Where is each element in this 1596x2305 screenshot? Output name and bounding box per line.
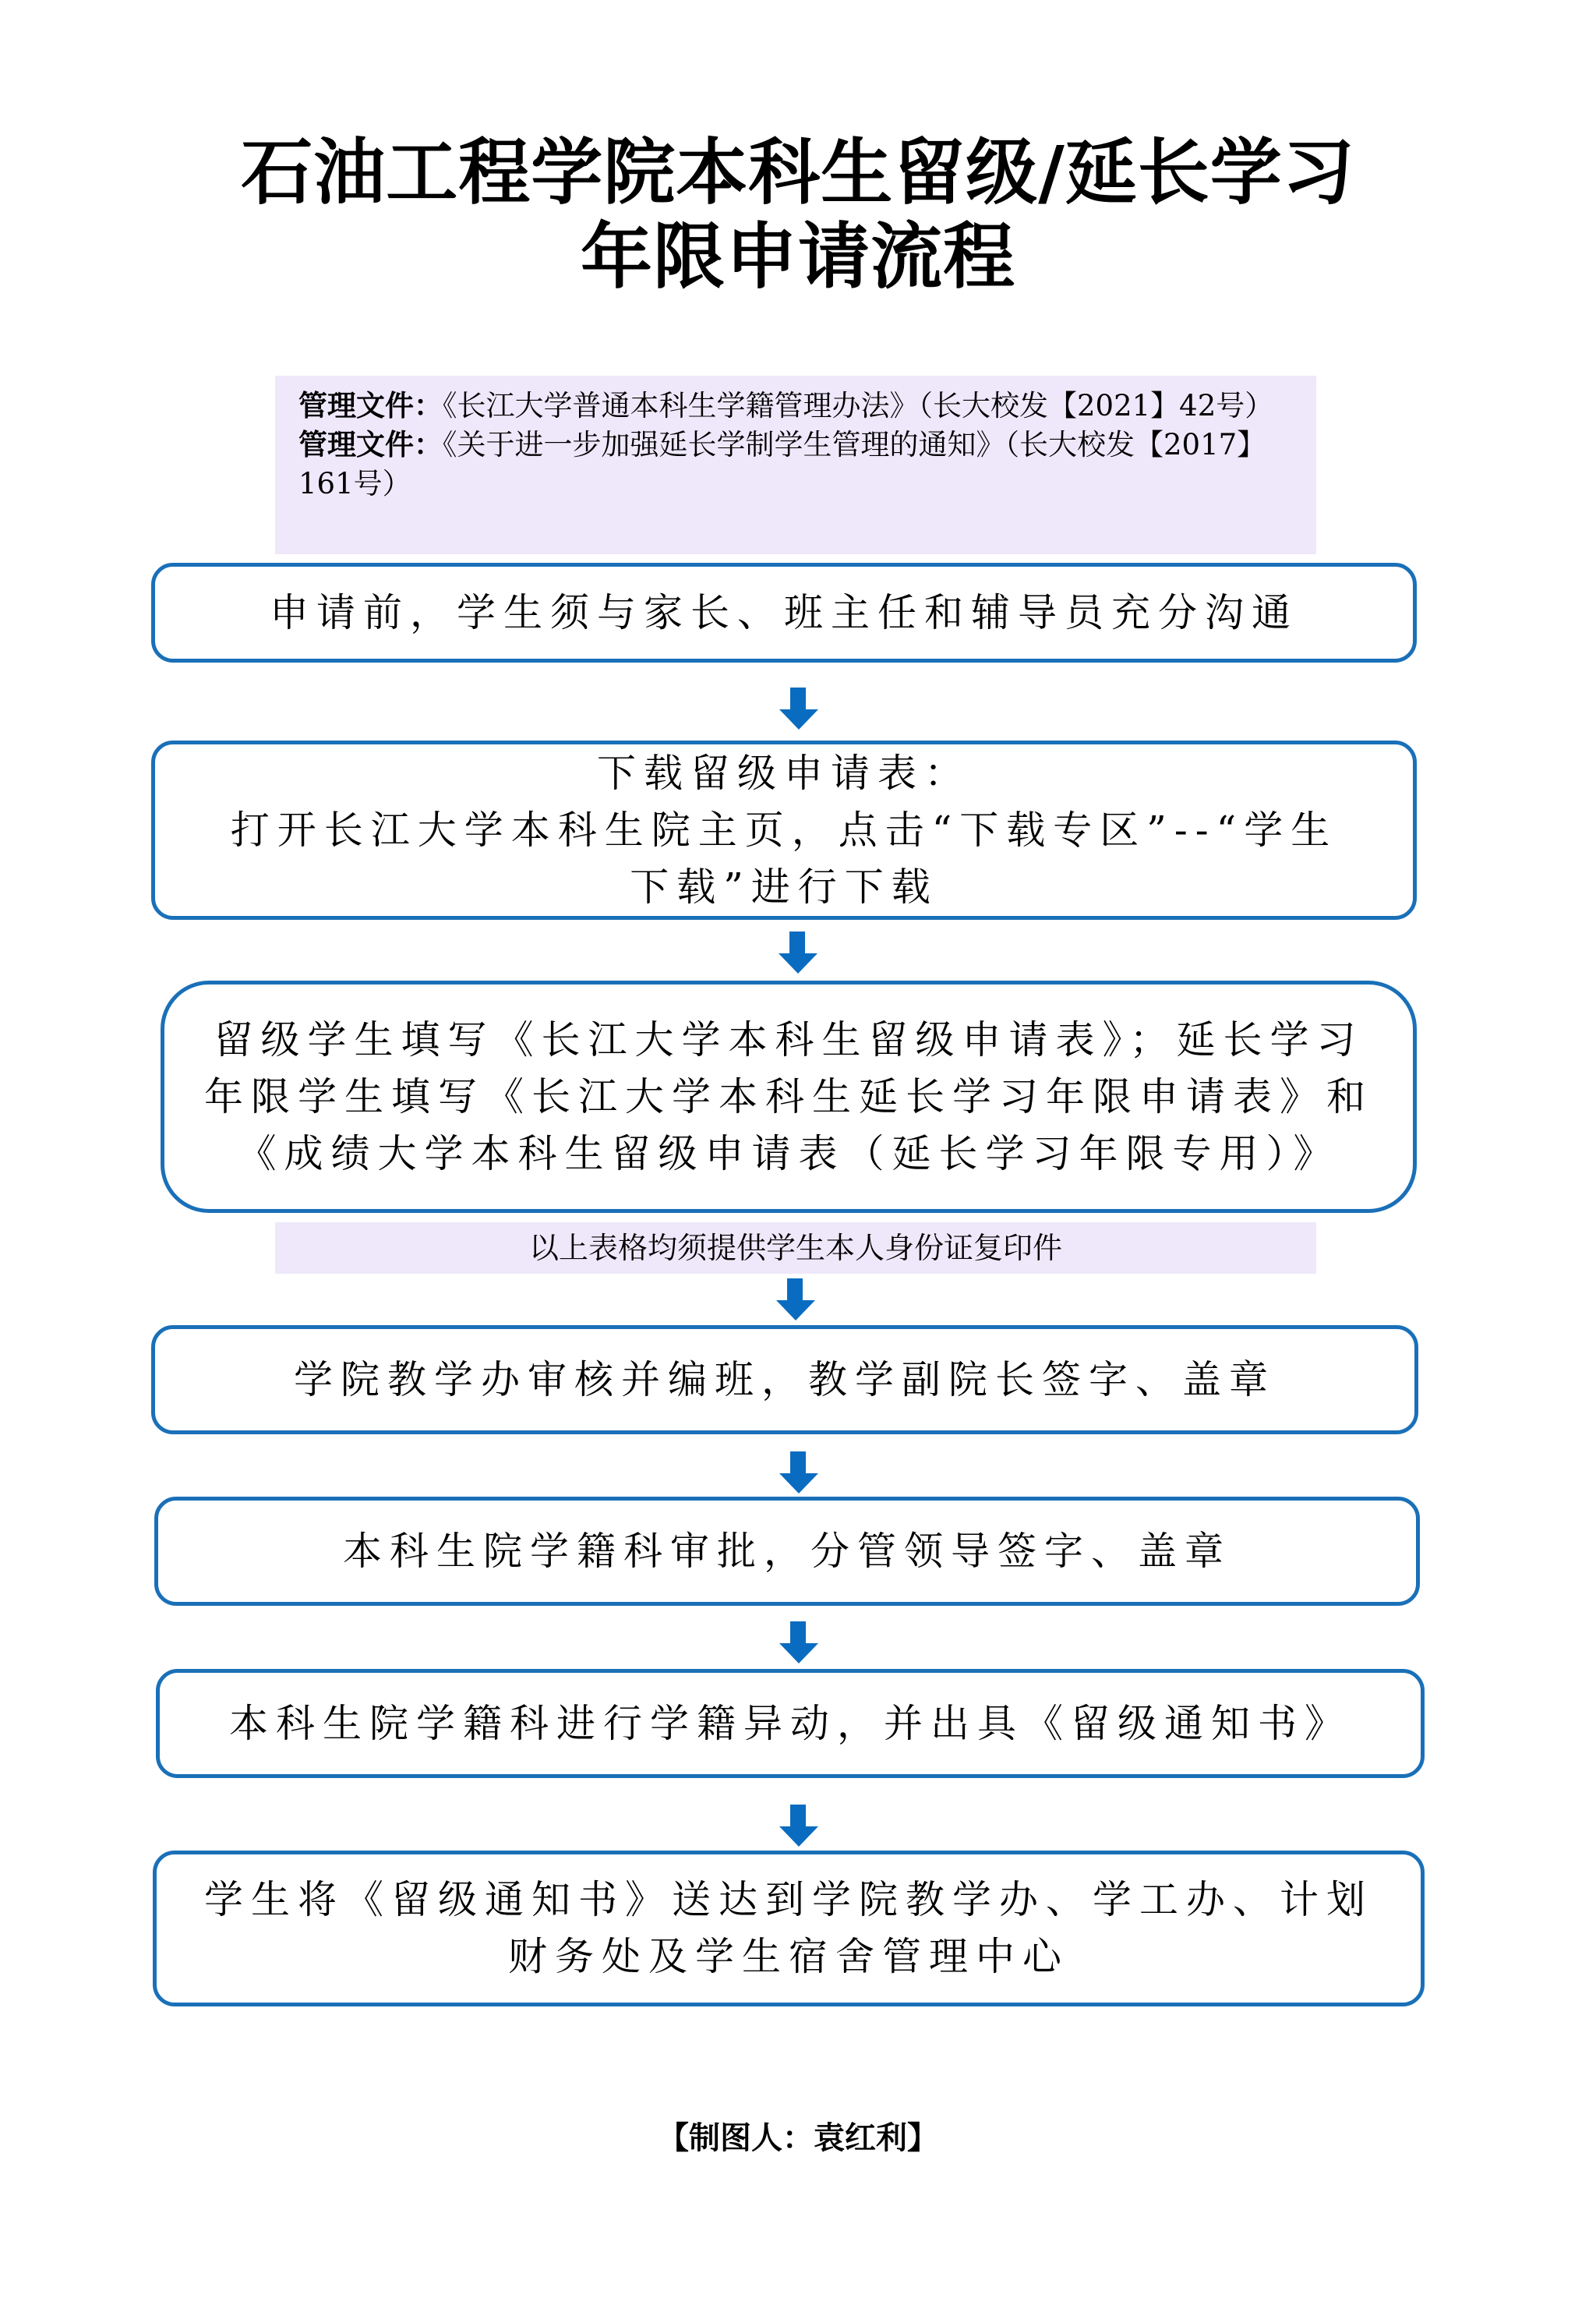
step-text: 《成绩大学本科生留级申请表（延长学习年限专用）》	[204, 1126, 1373, 1183]
flow-step-2: 下载留级申请表： 打开长江大学本科生院主页，点击“下载专区”--“学生 下载”进…	[151, 741, 1417, 920]
doc-title: 《长江大学普通本科生学籍管理办法》（长大校发【2021】42号）	[443, 389, 1273, 422]
step-text: 年限学生填写《长江大学本科生延长学习年限申请表》和	[204, 1069, 1373, 1126]
flow-step-3: 留级学生填写《长江大学本科生留级申请表》；延长学习 年限学生填写《长江大学本科生…	[161, 981, 1417, 1213]
step-text: 下载”进行下载	[231, 859, 1337, 916]
governing-document-2: 管理文件：《关于进一步加强延长学制学生管理的通知》（长大校发【2017】161号…	[298, 426, 1301, 504]
flow-step-5: 本科生院学籍科审批，分管领导签字、盖章	[154, 1497, 1420, 1606]
flow-step-4: 学院教学办审核并编班，教学副院长签字、盖章	[151, 1325, 1418, 1434]
title-line-1: 石油工程学院本科生留级/延长学习	[0, 131, 1596, 215]
doc-label: 管理文件：	[298, 428, 443, 461]
step-text: 本科生院学籍科进行学籍异动，并出具《留级通知书》	[229, 1695, 1351, 1752]
flow-step-7: 学生将《留级通知书》送达到学院教学办、学工办、计划 财务处及学生宿舍管理中心	[153, 1851, 1425, 2006]
title-line-2: 年限申请流程	[0, 215, 1596, 299]
down-arrow-icon	[779, 1805, 818, 1847]
down-arrow-icon	[779, 688, 818, 730]
id-copy-note: 以上表格均须提供学生本人身份证复印件	[275, 1222, 1316, 1274]
step-text: 留级学生填写《长江大学本科生留级申请表》；延长学习	[204, 1012, 1373, 1069]
governing-document-1: 管理文件：《长江大学普通本科生学籍管理办法》（长大校发【2021】42号）	[298, 387, 1301, 426]
down-arrow-icon	[779, 1621, 818, 1663]
doc-title: 《关于进一步加强延长学制学生管理的通知》（长大校发【2017】161号）	[298, 428, 1266, 500]
step-text: 学院教学办审核并编班，教学副院长签字、盖章	[294, 1352, 1276, 1409]
down-arrow-icon	[776, 1278, 815, 1320]
author-credit: 【制图人：袁红利】	[0, 2119, 1596, 2158]
step-text: 财务处及学生宿舍管理中心	[204, 1928, 1373, 1985]
down-arrow-icon	[779, 932, 817, 974]
step-text: 打开长江大学本科生院主页，点击“下载专区”--“学生	[231, 802, 1337, 859]
step-text: 下载留级申请表：	[231, 745, 1337, 802]
governing-documents-panel: 管理文件：《长江大学普通本科生学籍管理办法》（长大校发【2021】42号） 管理…	[275, 376, 1316, 554]
step-text: 申请前，学生须与家长、班主任和辅导员充分沟通	[270, 585, 1298, 642]
flow-step-6: 本科生院学籍科进行学籍异动，并出具《留级通知书》	[156, 1669, 1425, 1778]
flow-step-1: 申请前，学生须与家长、班主任和辅导员充分沟通	[151, 563, 1417, 663]
page-title: 石油工程学院本科生留级/延长学习 年限申请流程	[0, 131, 1596, 299]
step-text: 本科生院学籍科审批，分管领导签字、盖章	[343, 1523, 1231, 1580]
down-arrow-icon	[779, 1451, 818, 1494]
step-text: 学生将《留级通知书》送达到学院教学办、学工办、计划	[204, 1872, 1373, 1928]
doc-label: 管理文件：	[298, 389, 443, 422]
